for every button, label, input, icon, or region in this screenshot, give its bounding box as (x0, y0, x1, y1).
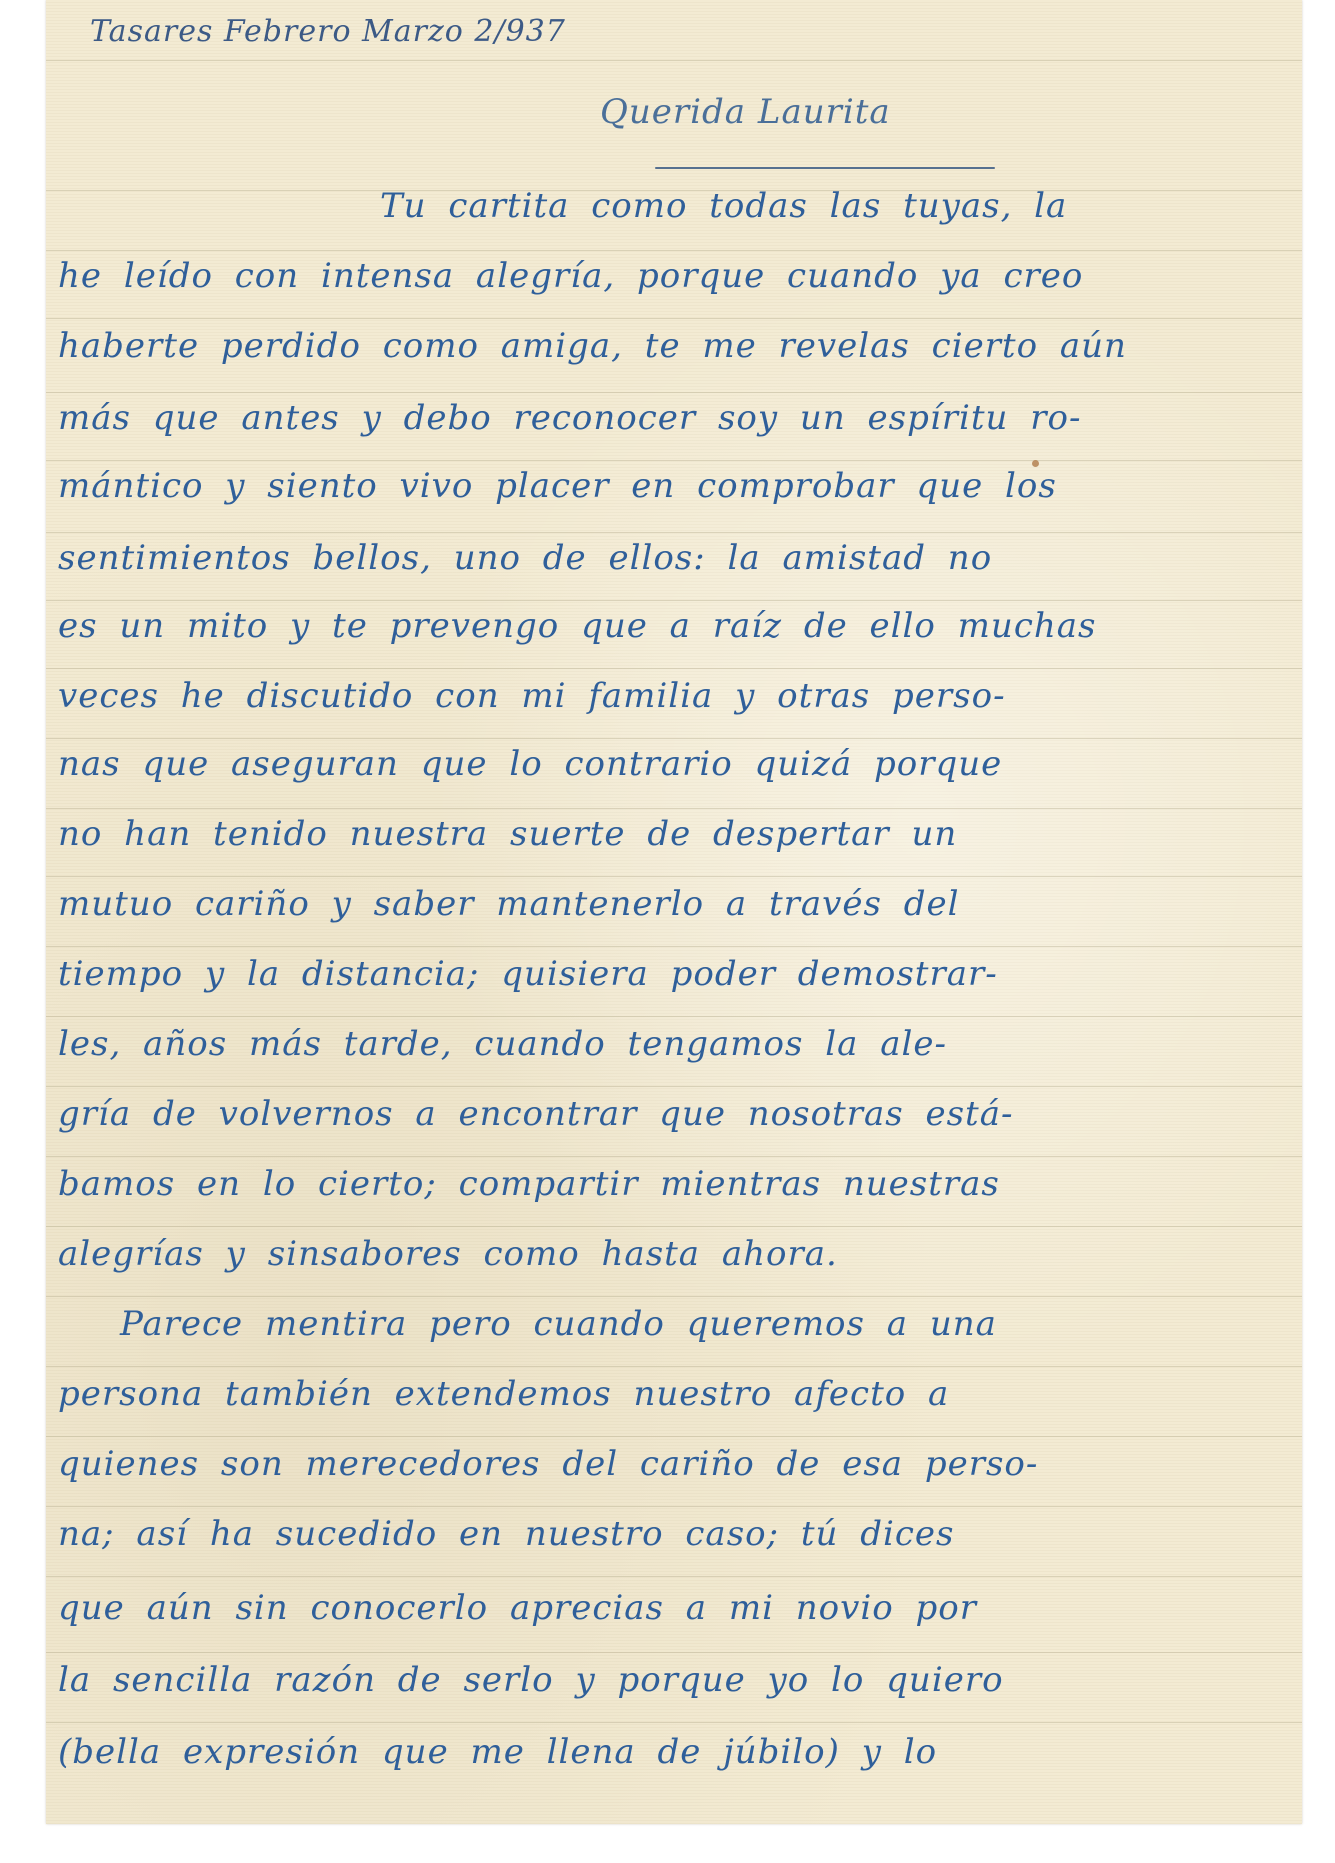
ruled-line (46, 318, 1302, 319)
letter-line: (bella expresión que me llena de júbilo)… (58, 1732, 937, 1772)
letter-line: Parece mentira pero cuando queremos a un… (120, 1304, 997, 1344)
ruled-line (46, 1576, 1302, 1577)
ruled-line (46, 60, 1302, 61)
letter-line: nas que aseguran que lo contrario quizá … (58, 744, 1002, 784)
place-date-heading: Tasares Febrero Marzo 2/937 (90, 14, 566, 49)
letter-line: persona también extendemos nuestro afect… (58, 1374, 949, 1414)
letter-greeting: Querida Laurita (600, 92, 891, 132)
letter-line: sentimientos bellos, uno de ellos: la am… (58, 538, 992, 578)
letter-line: mántico y siento vivo placer en comproba… (58, 466, 1057, 506)
letter-line: que aún sin conocerlo aprecias a mi novi… (58, 1588, 977, 1628)
ruled-line (46, 1016, 1302, 1017)
letter-line: bamos en lo cierto; compartir mientras n… (58, 1164, 1000, 1204)
ruled-line (46, 1156, 1302, 1157)
letter-line: es un mito y te prevengo que a raíz de e… (58, 606, 1096, 646)
ruled-line (46, 460, 1302, 461)
ruled-line (46, 1652, 1302, 1653)
letter-line: alegrías y sinsabores como hasta ahora. (58, 1234, 838, 1274)
letter-line: más que antes y debo reconocer soy un es… (58, 398, 1081, 438)
ruled-line (46, 250, 1302, 251)
letter-line: he leído con intensa alegría, porque cua… (58, 256, 1083, 296)
ruled-line (46, 1436, 1302, 1437)
ruled-line (46, 738, 1302, 739)
ruled-line (46, 1366, 1302, 1367)
letter-line: no han tenido nuestra suerte de desperta… (58, 814, 957, 854)
letter-line: haberte perdido como amiga, te me revela… (58, 326, 1127, 366)
letter-line: quienes son merecedores del cariño de es… (58, 1444, 1038, 1484)
letter-line: la sencilla razón de serlo y porque yo l… (58, 1660, 1004, 1700)
ruled-line (46, 1506, 1302, 1507)
ruled-line (46, 532, 1302, 533)
letter-line: mutuo cariño y saber mantenerlo a través… (58, 884, 960, 924)
letter-line: veces he discutido con mi familia y otra… (58, 676, 1006, 716)
letter-line: tiempo y la distancia; quisiera poder de… (58, 954, 998, 994)
letter-line: na; así ha sucedido en nuestro caso; tú … (58, 1514, 955, 1554)
ruled-line (46, 600, 1302, 601)
ruled-line (46, 1086, 1302, 1087)
ruled-line (46, 668, 1302, 669)
ruled-line (46, 392, 1302, 393)
ruled-line (46, 876, 1302, 877)
ruled-line (46, 1296, 1302, 1297)
letter-line: Tu cartita como todas las tuyas, la (380, 186, 1067, 226)
ruled-line (46, 1226, 1302, 1227)
ruled-line (46, 1722, 1302, 1723)
letter-line: gría de volvernos a encontrar que nosotr… (58, 1094, 1013, 1134)
ruled-line (46, 946, 1302, 947)
greeting-underline (655, 167, 995, 169)
letter-line: les, años más tarde, cuando tengamos la … (58, 1024, 947, 1064)
ruled-line (46, 808, 1302, 809)
